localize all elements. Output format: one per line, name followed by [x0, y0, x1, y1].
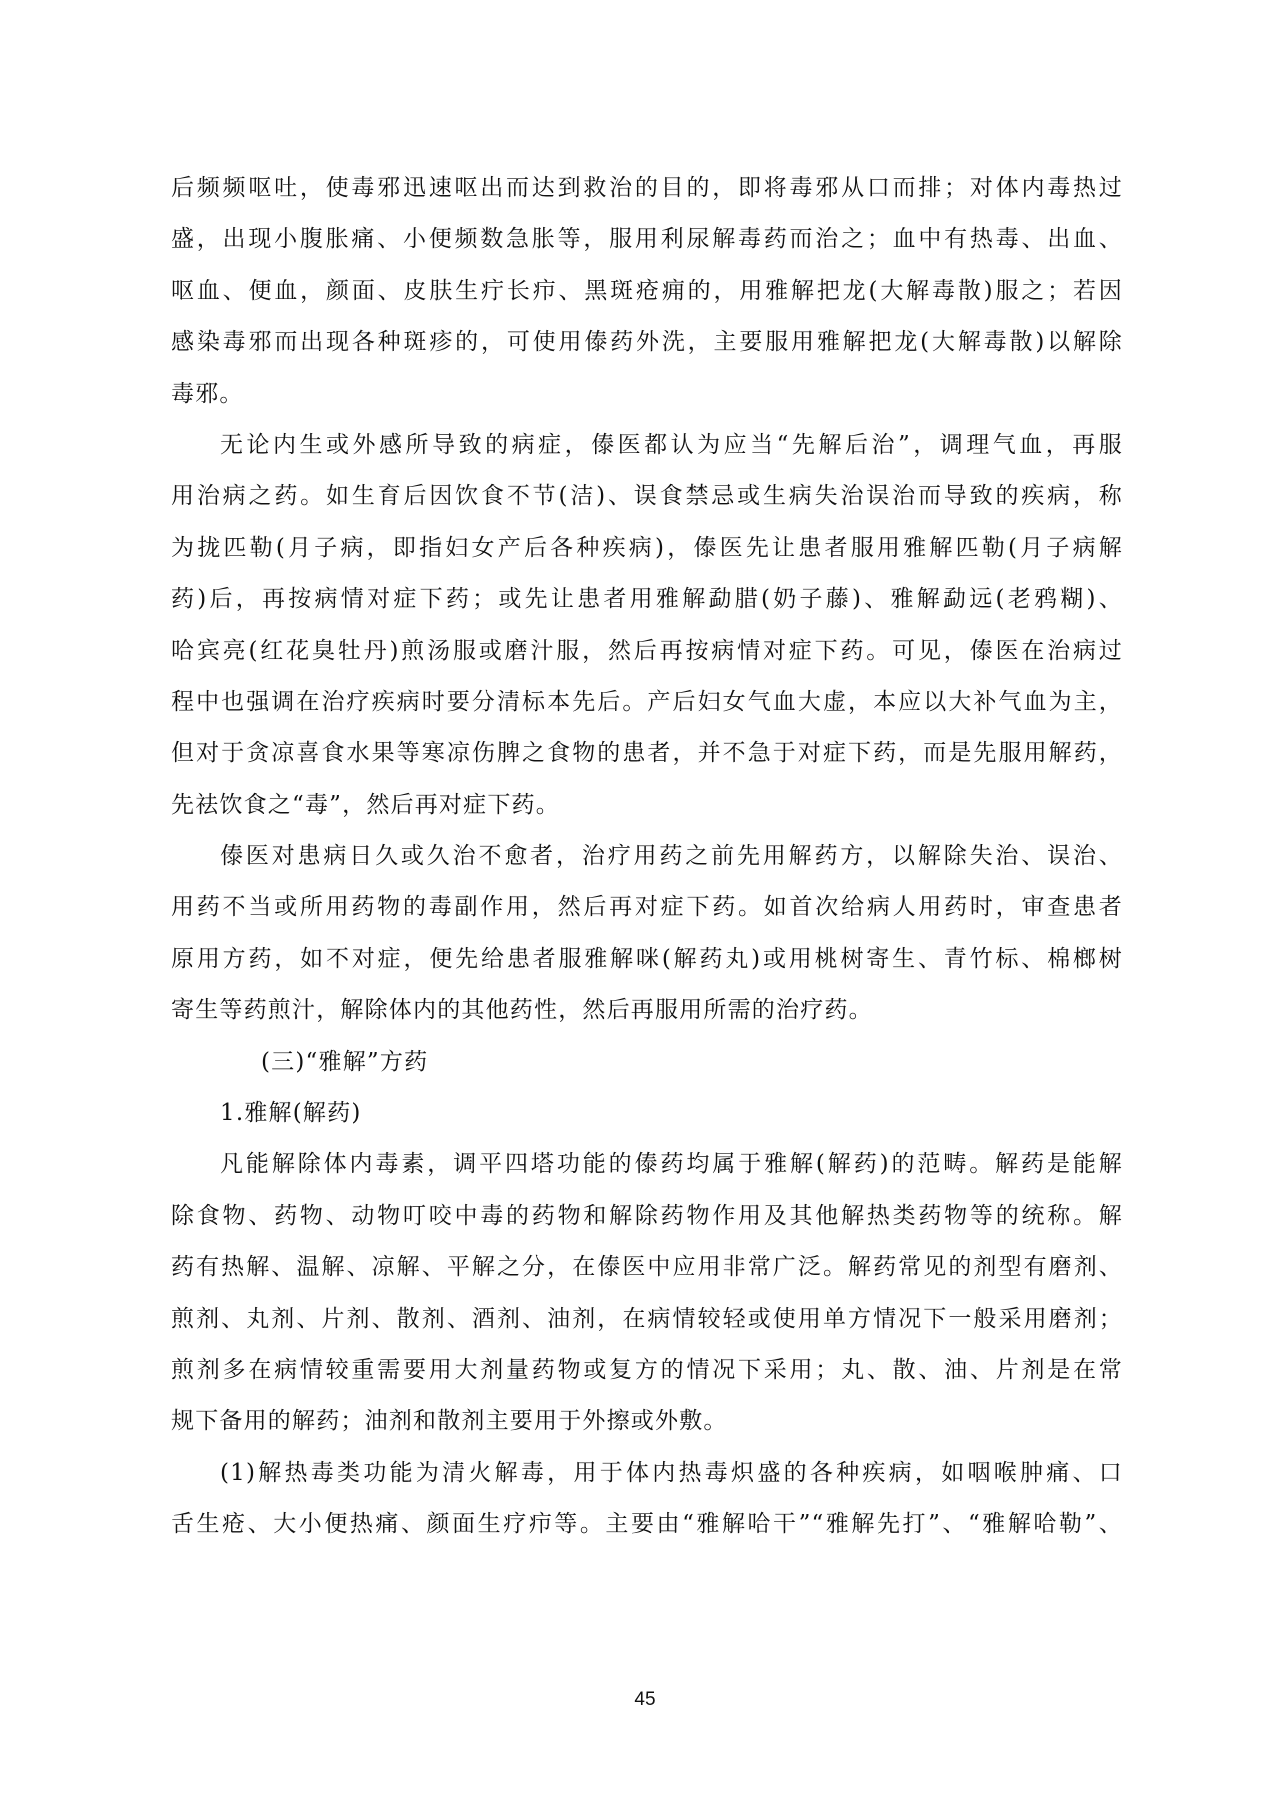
subsection-heading: 1.雅解(解药): [171, 1088, 1131, 1139]
text-line: 感染毒邪而出现各种斑疹的，可使用傣药外洗，主要服用雅解把龙(大解毒散)以解除: [171, 317, 1123, 368]
text-line: 为拢匹勒(月子病，即指妇女产后各种疾病)，傣医先让患者服用雅解匹勒(月子病解: [171, 523, 1123, 574]
section-heading: (三)“雅解”方药: [171, 1037, 1131, 1088]
text-line: 呕血、便血，颜面、皮肤生疔长疖、黑斑疮痈的，用雅解把龙(大解毒散)服之；若因: [171, 266, 1123, 317]
text-line: 药有热解、温解、凉解、平解之分，在傣医中应用非常广泛。解药常见的剂型有磨剂、: [171, 1242, 1123, 1293]
paragraph-first-line: 无论内生或外感所导致的病症，傣医都认为应当“先解后治”，调理气血，再服: [171, 420, 1123, 471]
text-line: 煎剂、丸剂、片剂、散剂、酒剂、油剂，在病情较轻或使用单方情况下一般采用磨剂；: [171, 1294, 1123, 1345]
text-line: 盛，出现小腹胀痛、小便频数急胀等，服用利尿解毒药而治之；血中有热毒、出血、: [171, 214, 1123, 265]
text-line: 后频频呕吐，使毒邪迅速呕出而达到救治的目的，即将毒邪从口而排；对体内毒热过: [171, 163, 1123, 214]
text-line: 原用方药，如不对症，便先给患者服雅解咪(解药丸)或用桃树寄生、青竹标、棉榔树: [171, 934, 1123, 985]
document-page: 后频频呕吐，使毒邪迅速呕出而达到救治的目的，即将毒邪从口而排；对体内毒热过 盛，…: [0, 0, 1274, 1801]
text-line: 但对于贪凉喜食水果等寒凉伤脾之食物的患者，并不急于对症下药，而是先服用解药，: [171, 728, 1123, 779]
text-line-paragraph-end: 规下备用的解药；油剂和散剂主要用于外擦或外敷。: [171, 1396, 1131, 1447]
paragraph-first-line: 傣医对患病日久或久治不愈者，治疗用药之前先用解药方，以解除失治、误治、: [171, 831, 1123, 882]
text-line-paragraph-end: 毒邪。: [171, 369, 1131, 420]
body-text: 后频频呕吐，使毒邪迅速呕出而达到救治的目的，即将毒邪从口而排；对体内毒热过 盛，…: [171, 163, 1131, 1551]
page-number: 45: [8, 1689, 1274, 1711]
text-line: 煎剂多在病情较重需要用大剂量药物或复方的情况下采用；丸、散、油、片剂是在常: [171, 1345, 1123, 1396]
text-line: 程中也强调在治疗疾病时要分清标本先后。产后妇女气血大虚，本应以大补气血为主，: [171, 677, 1123, 728]
paragraph-first-line: (1)解热毒类功能为清火解毒，用于体内热毒炽盛的各种疾病，如咽喉肿痛、口: [171, 1448, 1123, 1499]
text-line-paragraph-end: 先祛饮食之“毒”，然后再对症下药。: [171, 780, 1131, 831]
text-line: 舌生疮、大小便热痛、颜面生疗疖等。主要由“雅解哈干”“雅解先打”、“雅解哈勒”、: [171, 1499, 1123, 1550]
text-line: 用药不当或所用药物的毒副作用，然后再对症下药。如首次给病人用药时，审查患者: [171, 882, 1123, 933]
text-line: 药)后，再按病情对症下药；或先让患者用雅解勐腊(奶子藤)、雅解勐远(老鸦糊)、: [171, 574, 1123, 625]
text-line: 哈宾亮(红花臭牡丹)煎汤服或磨汁服，然后再按病情对症下药。可见，傣医在治病过: [171, 626, 1123, 677]
text-line: 除食物、药物、动物叮咬中毒的药物和解除药物作用及其他解热类药物等的统称。解: [171, 1191, 1123, 1242]
text-line: 用治病之药。如生育后因饮食不节(洁)、误食禁忌或生病失治误治而导致的疾病，称: [171, 471, 1123, 522]
paragraph-first-line: 凡能解除体内毒素，调平四塔功能的傣药均属于雅解(解药)的范畴。解药是能解: [171, 1139, 1123, 1190]
text-line-paragraph-end: 寄生等药煎汁，解除体内的其他药性，然后再服用所需的治疗药。: [171, 985, 1131, 1036]
